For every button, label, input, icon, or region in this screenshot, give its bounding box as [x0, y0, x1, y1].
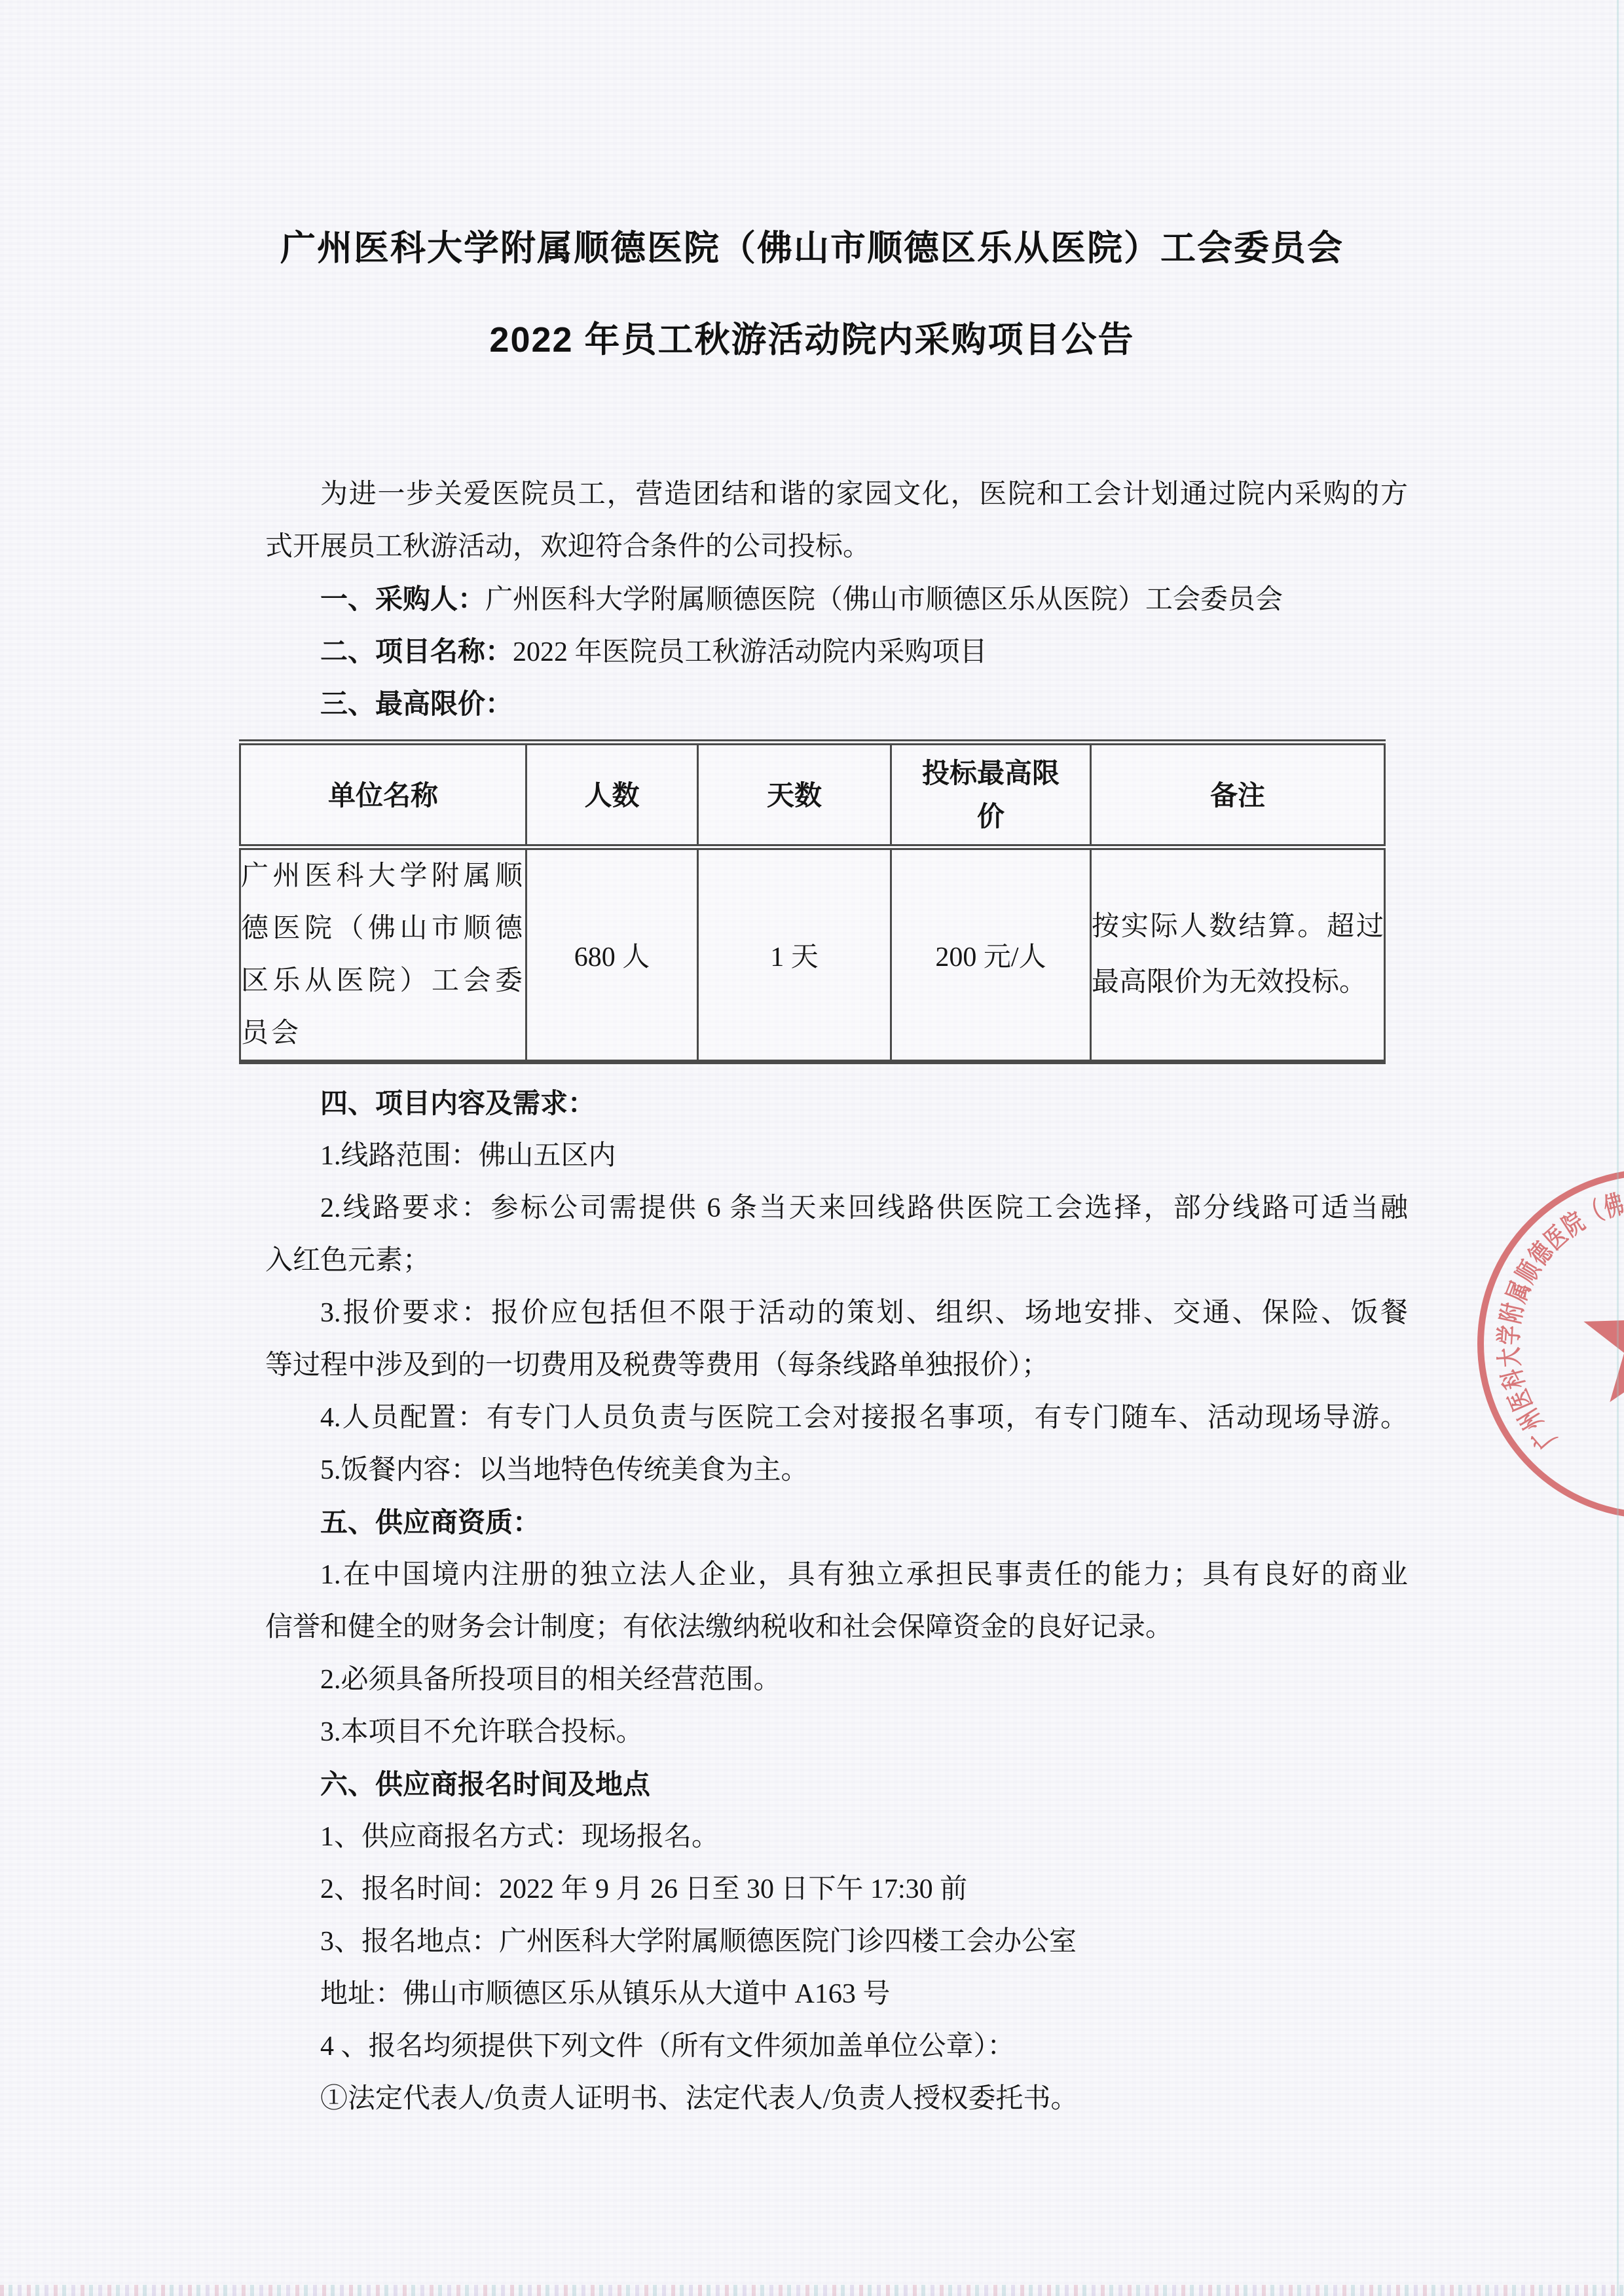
paragraphs-after-table: 四、项目内容及需求：1.线路范围：佛山五区内2.线路要求：参标公司需提供 6 条…: [239, 1077, 1411, 2125]
doc-line: 四、项目内容及需求：: [265, 1077, 1408, 1130]
official-seal: 广州医科大学附属顺德医院（佛山市顺德区乐从医院）工会委员会: [1469, 1160, 1624, 1527]
doc-line: 3.本项目不允许联合投标。: [265, 1706, 1408, 1758]
line-text: 2.必须具备所投项目的相关经营范围。: [320, 1665, 781, 1695]
section-heading: 六、供应商报名时间及地点: [320, 1769, 650, 1800]
cell-people: 680 人: [526, 847, 698, 1062]
doc-line: 三、最高限价：: [265, 678, 1408, 730]
line-text: 1、供应商报名方式：现场报名。: [320, 1822, 719, 1852]
doc-line: ①法定代表人/负责人证明书、法定代表人/负责人授权委托书。: [265, 2073, 1408, 2125]
line-text: 3、报名地点：广州医科大学附属顺德医院门诊四楼工会办公室: [320, 1927, 1077, 1957]
col-header-max-price: 投标最高限价: [891, 743, 1091, 847]
document-title-line1: 广州医科大学附属顺德医院（佛山市顺德区乐从医院）工会委员会: [0, 225, 1624, 271]
col-header-days-label: 天数: [767, 774, 822, 817]
line-text: ①法定代表人/负责人证明书、法定代表人/负责人授权委托书。: [320, 2084, 1078, 2114]
scan-artifact-right-edge-line: [1617, 0, 1619, 2296]
col-header-note-label: 备注: [1210, 774, 1265, 817]
line-text: 为进一步关爱医院员工，营造团结和谐的家园文化，医院和工会计划通过院内采购的方: [320, 479, 1408, 509]
cell-note: 按实际人数结算。超过最高限价为无效投标。: [1091, 847, 1385, 1062]
col-header-unit-name: 单位名称: [240, 743, 526, 847]
line-text: 地址：佛山市顺德区乐从镇乐从大道中 A163 号: [320, 1979, 890, 2009]
col-header-note: 备注: [1091, 743, 1385, 847]
max-price-table: 单位名称 人数 天数 投标最高限价 备注 广州医科大学附属顺德医院（佛山市顺德区…: [239, 739, 1386, 1064]
doc-line: 5.饭餐内容：以当地特色传统美食为主。: [265, 1444, 1408, 1496]
document-title-line2: 2022 年员工秋游活动院内采购项目公告: [0, 317, 1624, 363]
section-heading: 四、项目内容及需求：: [320, 1088, 595, 1119]
cell-unit-name: 广州医科大学附属顺德医院（佛山市顺德区乐从医院）工会委员会: [240, 847, 526, 1062]
doc-line: 3、报名地点：广州医科大学附属顺德医院门诊四楼工会办公室: [265, 1916, 1408, 1968]
seal-ring-text: 广州医科大学附属顺德医院（佛山市顺德区乐从医院）工会委员会: [1494, 1186, 1624, 1454]
doc-line: 2.必须具备所投项目的相关经营范围。: [265, 1654, 1408, 1706]
col-header-max-price-label: 投标最高限价: [922, 752, 1060, 838]
doc-line: 地址：佛山市顺德区乐从镇乐从大道中 A163 号: [265, 1968, 1408, 2020]
line-text: 4 、报名均须提供下列文件（所有文件须加盖单位公章）：: [320, 2031, 1015, 2062]
doc-line: 等过程中涉及到的一切费用及税费等费用（每条线路单独报价）；: [265, 1339, 1408, 1392]
document-body: 为进一步关爱医院员工，营造团结和谐的家园文化，医院和工会计划通过院内采购的方式开…: [239, 468, 1411, 2125]
doc-line: 1.在中国境内注册的独立法人企业，具有独立承担民事责任的能力；具有良好的商业: [265, 1549, 1408, 1601]
col-header-people-label: 人数: [584, 774, 639, 817]
section-heading: 二、项目名称：: [320, 636, 513, 667]
line-text: 1.线路范围：佛山五区内: [320, 1141, 616, 1171]
cell-max-price: 200 元/人: [891, 847, 1091, 1062]
line-text: 2.线路要求：参标公司需提供 6 条当天来回线路供医院工会选择，部分线路可适当融: [320, 1193, 1408, 1223]
doc-line: 信誉和健全的财务会计制度；有依法缴纳税收和社会保障资金的良好记录。: [265, 1601, 1408, 1654]
line-text: 2022 年医院员工秋游活动院内采购项目: [513, 637, 987, 667]
seal-ring-text-holder: 广州医科大学附属顺德医院（佛山市顺德区乐从医院）工会委员会: [1494, 1186, 1624, 1454]
cell-days: 1 天: [698, 847, 891, 1062]
doc-line: 1、供应商报名方式：现场报名。: [265, 1811, 1408, 1863]
doc-line: 六、供应商报名时间及地点: [265, 1758, 1408, 1811]
line-text: 入红色元素；: [265, 1246, 430, 1276]
line-text: 信誉和健全的财务会计制度；有依法缴纳税收和社会保障资金的良好记录。: [265, 1612, 1173, 1642]
doc-line: 二、项目名称：2022 年医院员工秋游活动院内采购项目: [265, 625, 1408, 678]
doc-line: 4.人员配置：有专门人员负责与医院工会对接报名事项，有专门随车、活动现场导游。: [265, 1392, 1408, 1444]
doc-line: 4 、报名均须提供下列文件（所有文件须加盖单位公章）：: [265, 2020, 1408, 2073]
doc-line: 2.线路要求：参标公司需提供 6 条当天来回线路供医院工会选择，部分线路可适当融: [265, 1182, 1408, 1234]
table-row: 广州医科大学附属顺德医院（佛山市顺德区乐从医院）工会委员会 680 人 1 天 …: [240, 847, 1385, 1062]
line-text: 4.人员配置：有专门人员负责与医院工会对接报名事项，有专门随车、活动现场导游。: [320, 1403, 1408, 1433]
doc-line: 1.线路范围：佛山五区内: [265, 1130, 1408, 1182]
col-header-unit-name-label: 单位名称: [328, 774, 438, 817]
table-header-row: 单位名称 人数 天数 投标最高限价 备注: [240, 743, 1385, 847]
paragraphs-before-table: 为进一步关爱医院员工，营造团结和谐的家园文化，医院和工会计划通过院内采购的方式开…: [239, 468, 1411, 730]
line-text: 3.报价要求：报价应包括但不限于活动的策划、组织、场地安排、交通、保险、饭餐: [320, 1298, 1408, 1328]
doc-line: 五、供应商资质：: [265, 1496, 1408, 1549]
doc-line: 为进一步关爱医院员工，营造团结和谐的家园文化，医院和工会计划通过院内采购的方: [265, 468, 1408, 521]
col-header-people: 人数: [526, 743, 698, 847]
col-header-days: 天数: [698, 743, 891, 847]
section-heading: 五、供应商资质：: [320, 1507, 540, 1538]
doc-line: 2、报名时间：2022 年 9 月 26 日至 30 日下午 17:30 前: [265, 1863, 1408, 1916]
line-text: 2、报名时间：2022 年 9 月 26 日至 30 日下午 17:30 前: [320, 1874, 967, 1904]
line-text: 式开展员工秋游活动，欢迎符合条件的公司投标。: [265, 532, 870, 562]
line-text: 1.在中国境内注册的独立法人企业，具有独立承担民事责任的能力；具有良好的商业: [320, 1560, 1408, 1590]
doc-line: 入红色元素；: [265, 1234, 1408, 1287]
scan-artifact-bottom-strip: [0, 2285, 1624, 2296]
line-text: 5.饭餐内容：以当地特色传统美食为主。: [320, 1455, 809, 1485]
line-text: 3.本项目不允许联合投标。: [320, 1717, 644, 1747]
line-text: 广州医科大学附属顺德医院（佛山市顺德区乐从医院）工会委员会: [485, 585, 1283, 615]
scanned-document-page: 广州医科大学附属顺德医院（佛山市顺德区乐从医院）工会委员会 2022 年员工秋游…: [0, 0, 1624, 2296]
doc-line: 3.报价要求：报价应包括但不限于活动的策划、组织、场地安排、交通、保险、饭餐: [265, 1287, 1408, 1339]
line-text: 等过程中涉及到的一切费用及税费等费用（每条线路单独报价）；: [265, 1350, 1049, 1380]
section-heading: 三、最高限价：: [320, 688, 513, 719]
doc-line: 一、采购人：广州医科大学附属顺德医院（佛山市顺德区乐从医院）工会委员会: [265, 573, 1408, 625]
doc-line: 式开展员工秋游活动，欢迎符合条件的公司投标。: [265, 521, 1408, 573]
section-heading: 一、采购人：: [320, 583, 485, 614]
